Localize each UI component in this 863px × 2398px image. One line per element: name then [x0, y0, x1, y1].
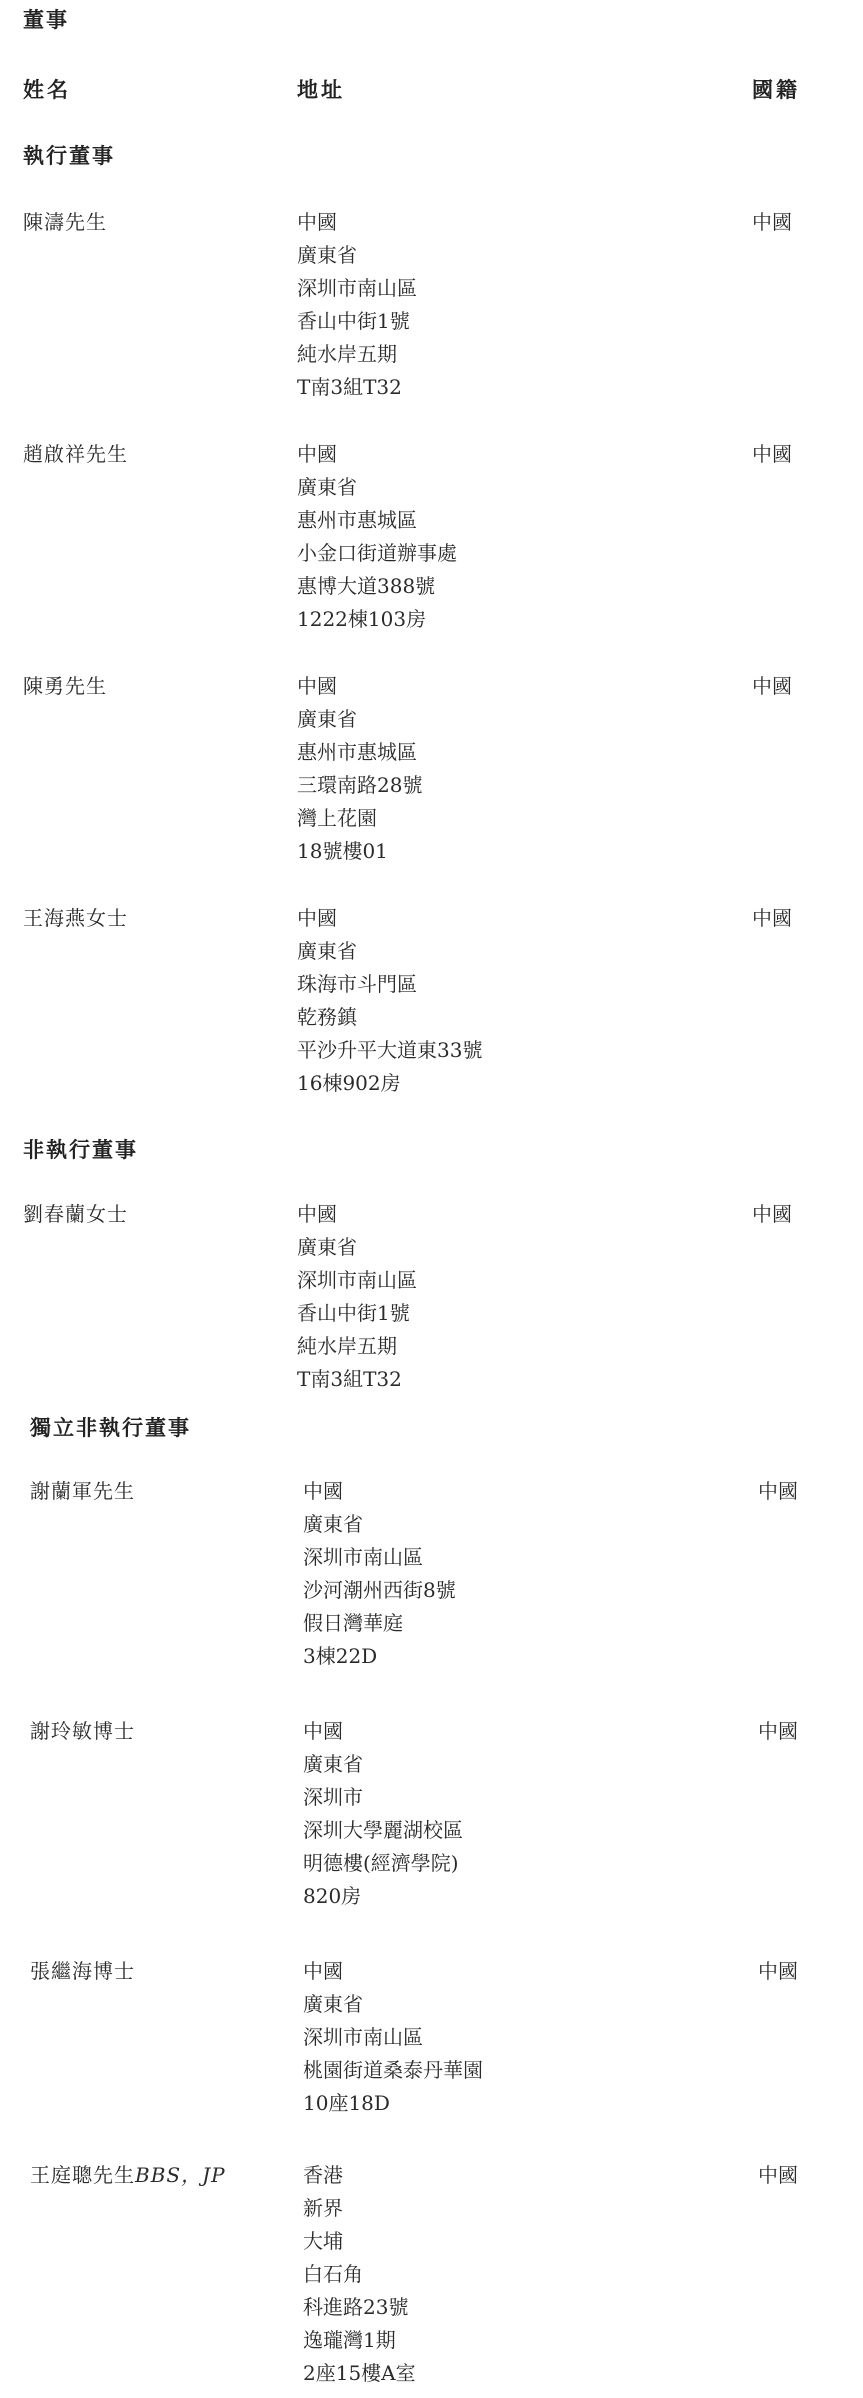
- director-name: 謝玲敏博士: [30, 1715, 135, 1744]
- director-address: 中國 廣東省 珠海市斗門區 乾務鎮 平沙升平大道東33號 16棟902房: [297, 902, 482, 1100]
- address-line: T南3組T32: [297, 371, 417, 404]
- director-address: 中國 廣東省 深圳市南山區 香山中街1號 純水岸五期 T南3組T32: [297, 1198, 417, 1396]
- director-nationality: 中國: [752, 1198, 792, 1227]
- address-line: 廣東省: [303, 1748, 463, 1781]
- column-header-address: 地址: [297, 74, 345, 104]
- address-line: 純水岸五期: [297, 1330, 417, 1363]
- section-heading-executive-directors: 執行董事: [23, 140, 115, 170]
- director-honours: BBS，JP: [135, 2163, 226, 2187]
- director-address: 中國 廣東省 深圳市 深圳大學麗湖校區 明德樓(經濟學院) 820房: [303, 1715, 463, 1913]
- director-name: 張繼海博士: [30, 1955, 135, 1984]
- address-line: 廣東省: [297, 1231, 417, 1264]
- director-name: 陳勇先生: [23, 670, 107, 699]
- director-name: 王海燕女士: [23, 902, 128, 931]
- director-nationality: 中國: [752, 438, 792, 467]
- address-line: 大埔: [303, 2225, 416, 2258]
- address-line: 廣東省: [303, 1988, 483, 2021]
- address-line: 白石角: [303, 2258, 416, 2291]
- address-line: 中國: [297, 902, 482, 935]
- director-name: 謝蘭軍先生: [30, 1475, 135, 1504]
- address-line: 深圳市: [303, 1781, 463, 1814]
- address-line: 中國: [303, 1715, 463, 1748]
- address-line: 平沙升平大道東33號: [297, 1034, 482, 1067]
- address-line: 明德樓(經濟學院): [303, 1847, 463, 1880]
- address-line: 灣上花園: [297, 802, 422, 835]
- address-line: 2座15樓A室: [303, 2357, 416, 2390]
- address-line: 中國: [297, 670, 422, 703]
- address-line: 廣東省: [297, 471, 457, 504]
- column-header-name: 姓名: [23, 74, 71, 104]
- address-line: 820房: [303, 1880, 463, 1913]
- address-line: 10座18D: [303, 2087, 483, 2120]
- address-line: 深圳大學麗湖校區: [303, 1814, 463, 1847]
- address-line: 廣東省: [297, 935, 482, 968]
- address-line: 廣東省: [303, 1508, 456, 1541]
- director-address: 中國 廣東省 惠州市惠城區 小金口街道辦事處 惠博大道388號 1222棟103…: [297, 438, 457, 636]
- director-nationality: 中國: [752, 670, 792, 699]
- director-address: 香港 新界 大埔 白石角 科進路23號 逸瓏灣1期 2座15樓A室: [303, 2159, 416, 2390]
- director-name: 王庭聰先生BBS，JP: [30, 2159, 226, 2188]
- address-line: 小金口街道辦事處: [297, 537, 457, 570]
- director-name: 陳濤先生: [23, 206, 107, 235]
- address-line: 中國: [297, 206, 417, 239]
- address-line: 香港: [303, 2159, 416, 2192]
- address-line: 沙河潮州西街8號: [303, 1574, 456, 1607]
- address-line: 中國: [303, 1955, 483, 1988]
- director-nationality: 中國: [758, 1955, 798, 1984]
- director-nationality: 中國: [752, 902, 792, 931]
- address-line: 惠博大道388號: [297, 570, 457, 603]
- address-line: 中國: [303, 1475, 456, 1508]
- address-line: 乾務鎮: [297, 1001, 482, 1034]
- section-heading-non-executive-directors: 非執行董事: [23, 1134, 138, 1164]
- address-line: 純水岸五期: [297, 338, 417, 371]
- address-line: 深圳市南山區: [297, 272, 417, 305]
- director-nationality: 中國: [758, 2159, 798, 2188]
- director-name: 趙啟祥先生: [23, 438, 128, 467]
- address-line: 香山中街1號: [297, 1297, 417, 1330]
- address-line: 珠海市斗門區: [297, 968, 482, 1001]
- page-title: 董事: [23, 4, 69, 34]
- address-line: 惠州市惠城區: [297, 736, 422, 769]
- address-line: 桃園街道桑泰丹華園: [303, 2054, 483, 2087]
- address-line: 中國: [297, 438, 457, 471]
- address-line: T南3組T32: [297, 1363, 417, 1396]
- director-address: 中國 廣東省 深圳市南山區 桃園街道桑泰丹華園 10座18D: [303, 1955, 483, 2120]
- address-line: 假日灣華庭: [303, 1607, 456, 1640]
- address-line: 新界: [303, 2192, 416, 2225]
- address-line: 香山中街1號: [297, 305, 417, 338]
- address-line: 三環南路28號: [297, 769, 422, 802]
- section-heading-independent-non-executive-directors: 獨立非執行董事: [30, 1412, 191, 1442]
- address-line: 廣東省: [297, 239, 417, 272]
- director-address: 中國 廣東省 深圳市南山區 沙河潮州西街8號 假日灣華庭 3棟22D: [303, 1475, 456, 1673]
- address-line: 深圳市南山區: [303, 1541, 456, 1574]
- address-line: 16棟902房: [297, 1067, 482, 1100]
- column-header-nationality: 國籍: [752, 74, 800, 104]
- address-line: 3棟22D: [303, 1640, 456, 1673]
- address-line: 深圳市南山區: [303, 2021, 483, 2054]
- address-line: 惠州市惠城區: [297, 504, 457, 537]
- director-address: 中國 廣東省 深圳市南山區 香山中街1號 純水岸五期 T南3組T32: [297, 206, 417, 404]
- director-name: 劉春蘭女士: [23, 1198, 128, 1227]
- address-line: 廣東省: [297, 703, 422, 736]
- address-line: 1222棟103房: [297, 603, 457, 636]
- director-nationality: 中國: [758, 1715, 798, 1744]
- director-nationality: 中國: [758, 1475, 798, 1504]
- address-line: 科進路23號: [303, 2291, 416, 2324]
- director-address: 中國 廣東省 惠州市惠城區 三環南路28號 灣上花園 18號樓01: [297, 670, 422, 868]
- address-line: 18號樓01: [297, 835, 422, 868]
- address-line: 深圳市南山區: [297, 1264, 417, 1297]
- address-line: 逸瓏灣1期: [303, 2324, 416, 2357]
- director-name-text: 王庭聰先生: [30, 2163, 135, 2187]
- director-nationality: 中國: [752, 206, 792, 235]
- address-line: 中國: [297, 1198, 417, 1231]
